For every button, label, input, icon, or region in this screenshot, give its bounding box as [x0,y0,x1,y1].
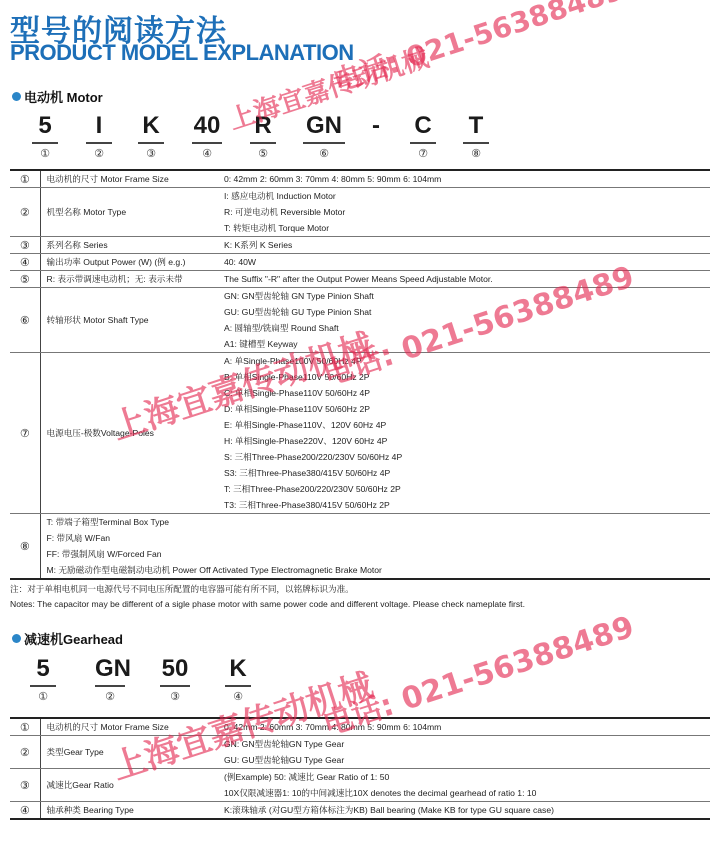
code-letter: GN [306,112,342,139]
row-index: ⑥ [10,288,40,353]
value-line: H: 单相Single-Phase220V、120V 60Hz 4P [224,433,710,449]
value-line: 40: 40W [224,254,710,270]
code-number: ⑧ [463,147,489,160]
code-letter: K [142,112,159,139]
row-index: ⑦ [10,353,40,514]
row-index: ② [10,188,40,237]
table-row: ⑧T: 带端子箱型Terminal Box TypeF: 带风扇 W/FanFF… [10,514,710,580]
note-en: Notes: The capacitor may be different of… [10,597,525,612]
table-row: ①电动机的尺寸 Motor Frame Size0: 42mm 2: 60mm … [10,170,710,188]
code-number: ③ [160,690,190,703]
section-motor-title: 电动机 Motor [24,87,103,106]
value-line: The Suffix "-R" after the Output Power M… [224,271,710,287]
row-label: 转轴形状 Motor Shaft Type [40,288,224,353]
table-row: ⑤R: 表示带调速电动机；无: 表示未带The Suffix "-R" afte… [10,271,710,288]
code-number: ⑦ [410,147,436,160]
code-underline [225,685,251,687]
note-cn: 注：对于单相电机同一电源代号不同电压所配置的电容器可能有所不同，以铭牌标识为准。 [10,582,525,597]
row-values: K:滚珠轴承 (对GU型方箱体标注为KB) Ball bearing (Make… [224,802,710,820]
code-underline [95,685,125,687]
code-underline [303,142,345,144]
row-values: I: 感应电动机 Induction MotorR: 可逆电动机 Reversi… [224,188,710,237]
row-index: ④ [10,254,40,271]
page-title-en: PRODUCT MODEL EXPLANATION [10,40,354,66]
value-line: T: 三相Three-Phase200/220/230V 50/60Hz 2P [224,481,710,497]
code-underline [32,142,58,144]
model-code-segment: R⑤ [250,112,276,160]
value-line: T: 带端子箱型Terminal Box Type [47,514,711,530]
code-underline [410,142,436,144]
value-line: (例Example) 50: 减速比 Gear Ratio of 1: 50 [224,769,710,785]
section-gearhead-title: 减速机Gearhead [24,629,123,648]
value-line: A: 单Single-Phase100V 50/60Hz 4P [224,353,710,369]
value-line: GN: GN型齿轮轴 GN Type Pinion Shaft [224,288,710,304]
value-line: B: 单相Single-Phase110V 50/60Hz 2P [224,369,710,385]
bullet-icon [12,92,21,101]
row-values: 0: 42mm 2: 60mm 3: 70mm 4: 80mm 5: 90mm … [224,718,710,736]
model-code-segment: K④ [225,655,251,703]
row-label: 电动机的尺寸 Motor Frame Size [40,170,224,188]
row-label: 电动机的尺寸 Motor Frame Size [40,718,224,736]
value-line: D: 单相Single-Phase110V 50/60Hz 2P [224,401,710,417]
code-number: ① [32,147,58,160]
value-line: 0: 42mm 2: 60mm 3: 70mm 4: 80mm 5: 90mm … [224,171,710,187]
value-line: T3: 三相Three-Phase380/415V 50/60Hz 2P [224,497,710,513]
model-code-segment: 5① [30,655,56,703]
code-number: ⑤ [250,147,276,160]
model-code-segment: C⑦ [410,112,436,160]
row-values: A: 单Single-Phase100V 50/60Hz 4PB: 单相Sing… [224,353,710,514]
table-row: ②机型名称 Motor TypeI: 感应电动机 Induction Motor… [10,188,710,237]
table-row: ③减速比Gear Ratio(例Example) 50: 减速比 Gear Ra… [10,769,710,802]
row-values: GN: GN型齿轮轴GN Type GearGU: GU型齿轮轴GU Type … [224,736,710,769]
model-code-segment: 50③ [160,655,190,703]
value-line: K:滚珠轴承 (对GU型方箱体标注为KB) Ball bearing (Make… [224,802,710,818]
row-label: 轴承种类 Bearing Type [40,802,224,820]
value-line: GU: GU型齿轮轴GU Type Gear [224,752,710,768]
watermark-phone: 电话: 021-56388489 [328,0,628,100]
code-underline [160,685,190,687]
code-number: ④ [225,690,251,703]
row-values: 0: 42mm 2: 60mm 3: 70mm 4: 80mm 5: 90mm … [224,170,710,188]
code-letter: 5 [38,112,51,139]
value-line: S3: 三相Three-Phase380/415V 50/60Hz 4P [224,465,710,481]
model-code-segment: - [370,112,382,140]
row-index: ⑤ [10,271,40,288]
row-values: GN: GN型齿轮轴 GN Type Pinion ShaftGU: GU型齿轮… [224,288,710,353]
value-line: A: 圆轴型/铣扁型 Round Shaft [224,320,710,336]
model-code-segment: K③ [138,112,164,160]
row-index: ③ [10,237,40,254]
code-letter: K [229,655,246,682]
value-line: E: 单相Single-Phase110V、120V 60Hz 4P [224,417,710,433]
row-index: ⑧ [10,514,40,580]
value-line: A1: 键槽型 Keyway [224,336,710,352]
row-label: 类型Gear Type [40,736,224,769]
code-letter: R [254,112,271,139]
value-line: GN: GN型齿轮轴GN Type Gear [224,736,710,752]
row-index: ③ [10,769,40,802]
row-values: The Suffix "-R" after the Output Power M… [224,271,710,288]
notes: 注：对于单相电机同一电源代号不同电压所配置的电容器可能有所不同，以铭牌标识为准。… [10,582,525,612]
code-underline [250,142,276,144]
code-letter: GN [95,655,131,682]
code-number: ① [30,690,56,703]
code-number: ⑥ [303,147,345,160]
value-line: C: 单相Single-Phase110V 50/60Hz 4P [224,385,710,401]
bullet-icon [12,634,21,643]
model-code-segment: I② [86,112,112,160]
code-letter: C [414,112,431,139]
table-row: ④轴承种类 Bearing TypeK:滚珠轴承 (对GU型方箱体标注为KB) … [10,802,710,820]
row-values: K: K系列 K Series [224,237,710,254]
code-underline [192,142,222,144]
table-row: ②类型Gear TypeGN: GN型齿轮轴GN Type GearGU: GU… [10,736,710,769]
value-line: 10X仅限减速器1: 10的中间减速比10X denotes the decim… [224,785,710,801]
row-label: R: 表示带调速电动机；无: 表示未带 [40,271,224,288]
code-underline [30,685,56,687]
row-index: ④ [10,802,40,820]
value-line: M: 无励磁动作型电磁制动电动机 Power Off Activated Typ… [47,562,711,578]
table-row: ①电动机的尺寸 Motor Frame Size0: 42mm 2: 60mm … [10,718,710,736]
value-line: F: 带风扇 W/Fan [47,530,711,546]
model-code-segment: T⑧ [463,112,489,160]
value-line: FF: 带强制风扇 W/Forced Fan [47,546,711,562]
value-line: I: 感应电动机 Induction Motor [224,188,710,204]
code-underline [138,142,164,144]
code-letter: T [469,112,484,139]
code-number: ② [95,690,125,703]
motor-spec-table: ①电动机的尺寸 Motor Frame Size0: 42mm 2: 60mm … [10,169,710,580]
row-label: 电源电压-极数Voltage-Poles [40,353,224,514]
row-index: ① [10,170,40,188]
table-row: ④输出功率 Output Power (W) (例 e.g.)40: 40W [10,254,710,271]
model-code-segment: 5① [32,112,58,160]
code-letter: 50 [162,655,189,682]
code-number: ③ [138,147,164,160]
code-underline [463,142,489,144]
row-values: 40: 40W [224,254,710,271]
table-row: ⑦电源电压-极数Voltage-PolesA: 单Single-Phase100… [10,353,710,514]
code-letter: I [96,112,103,139]
value-line: GU: GU型齿轮轴 GU Type Pinion Shat [224,304,710,320]
table-row: ⑥转轴形状 Motor Shaft TypeGN: GN型齿轮轴 GN Type… [10,288,710,353]
value-line: R: 可逆电动机 Reversible Motor [224,204,710,220]
model-code-segment: 40④ [192,112,222,160]
code-underline [86,142,112,144]
row-label: 减速比Gear Ratio [40,769,224,802]
row-index: ① [10,718,40,736]
row-values: T: 带端子箱型Terminal Box TypeF: 带风扇 W/FanFF:… [40,514,710,580]
model-code-segment: GN⑥ [303,112,345,160]
code-number: ② [86,147,112,160]
table-row: ③系列名称 SeriesK: K系列 K Series [10,237,710,254]
value-line: T: 转矩电动机 Torque Motor [224,220,710,236]
value-line: 0: 42mm 2: 60mm 3: 70mm 4: 80mm 5: 90mm … [224,719,710,735]
row-values: (例Example) 50: 减速比 Gear Ratio of 1: 5010… [224,769,710,802]
value-line: S: 三相Three-Phase200/220/230V 50/60Hz 4P [224,449,710,465]
gearhead-spec-table: ①电动机的尺寸 Motor Frame Size0: 42mm 2: 60mm … [10,717,710,820]
code-letter: 5 [36,655,49,682]
code-letter: - [372,112,380,139]
row-label: 机型名称 Motor Type [40,188,224,237]
section-gearhead-heading: 减速机Gearhead [12,629,123,648]
section-motor-heading: 电动机 Motor [12,87,103,106]
model-code-segment: GN② [95,655,125,703]
row-label: 输出功率 Output Power (W) (例 e.g.) [40,254,224,271]
code-letter: 40 [194,112,221,139]
code-number: ④ [192,147,222,160]
row-index: ② [10,736,40,769]
value-line: K: K系列 K Series [224,237,710,253]
row-label: 系列名称 Series [40,237,224,254]
